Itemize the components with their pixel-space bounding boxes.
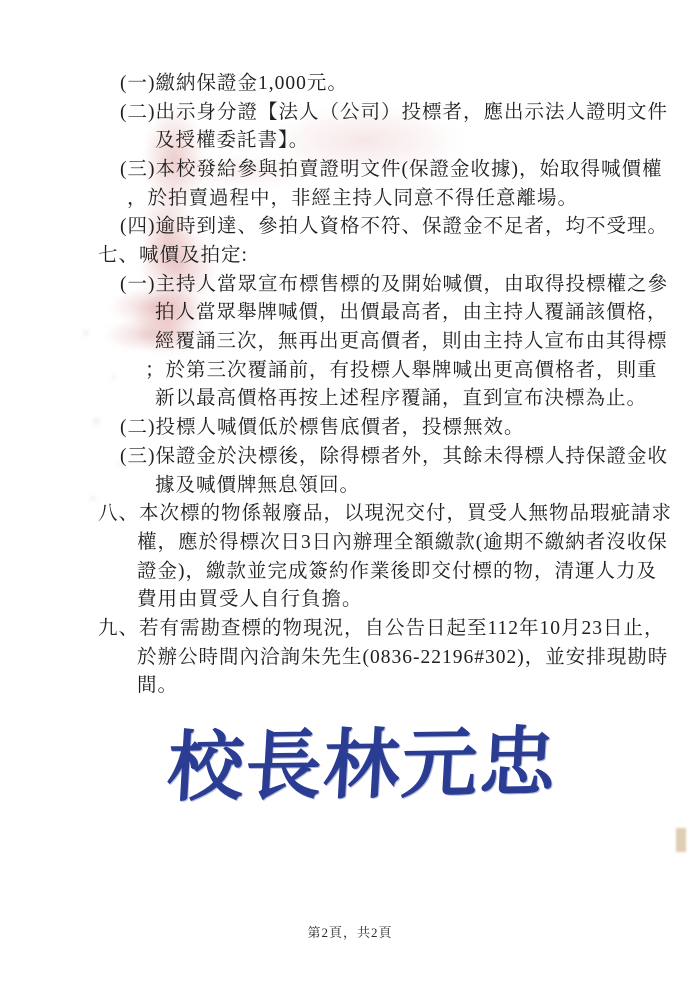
document-line: (三)保證金於決標後，除得標者外，其餘未得標人持保證金收 [120, 446, 668, 468]
paper-smudge-artifact [676, 828, 686, 852]
document-line: (一)主持人當眾宣布標售標的及開始喊價，由取得投標權之參 [120, 274, 668, 296]
document-line: 七、喊價及拍定: [98, 245, 248, 267]
document-line: ；於第三次覆誦前，有投標人舉牌喊出更高價格者，則重 [145, 360, 658, 382]
document-line: (二)出示身分證【法人（公司）投標者，應出示法人證明文件 [120, 102, 668, 124]
scanned-document-page: (一)繳納保證金1,000元。(二)出示身分證【法人（公司）投標者，應出示法人證… [0, 0, 700, 990]
document-line: 證金)，繳款並完成簽約作業後即交付標的物，清運人力及 [137, 561, 657, 583]
document-line: (一)繳納保證金1,000元。 [120, 73, 348, 95]
document-line: 間。 [137, 675, 178, 697]
principal-signature-stamp: 校長林元忠 [165, 701, 561, 816]
document-line: 費用由買受人自行負擔。 [137, 589, 363, 611]
document-line: ，於拍賣過程中，非經主持人同意不得任意離場。 [127, 188, 578, 210]
document-line: 及授權委託書】。 [155, 130, 309, 152]
document-line: 經覆誦三次，無再出更高價者，則由主持人宣布由其得標 [155, 331, 668, 353]
document-line: 八、本次標的物係報廢品，以現況交付，買受人無物品瑕疵請求 [98, 503, 672, 525]
document-line: 九、若有需勘查標的物現況，自公告日起至112年10月23日止， [98, 618, 665, 640]
page-number-footer: 第2頁，共2頁 [0, 922, 700, 941]
document-line: 拍人當眾舉牌喊價，出價最高者，由主持人覆誦該價格， [155, 302, 668, 324]
document-line: (二)投標人喊價低於標售底價者，投標無效。 [120, 417, 525, 439]
document-line: 權，應於得標次日3日內辦理全額繳款(逾期不繳納者沒收保 [137, 532, 668, 554]
stamp-bleed-artifact [72, 300, 142, 520]
document-line: 據及喊價牌無息領回。 [155, 475, 360, 497]
document-line: (三)本校發給參與拍賣證明文件(保證金收據)，始取得喊價權 [120, 159, 662, 181]
document-line: (四)逾時到達、參拍人資格不符、保證金不足者，均不受理。 [120, 216, 668, 238]
document-line: 新以最高價格再按上述程序覆誦，直到宣布決標為止。 [155, 388, 647, 410]
document-line: 於辦公時間內洽詢朱先生(0836-22196#302)，並安排現勘時 [137, 647, 668, 669]
